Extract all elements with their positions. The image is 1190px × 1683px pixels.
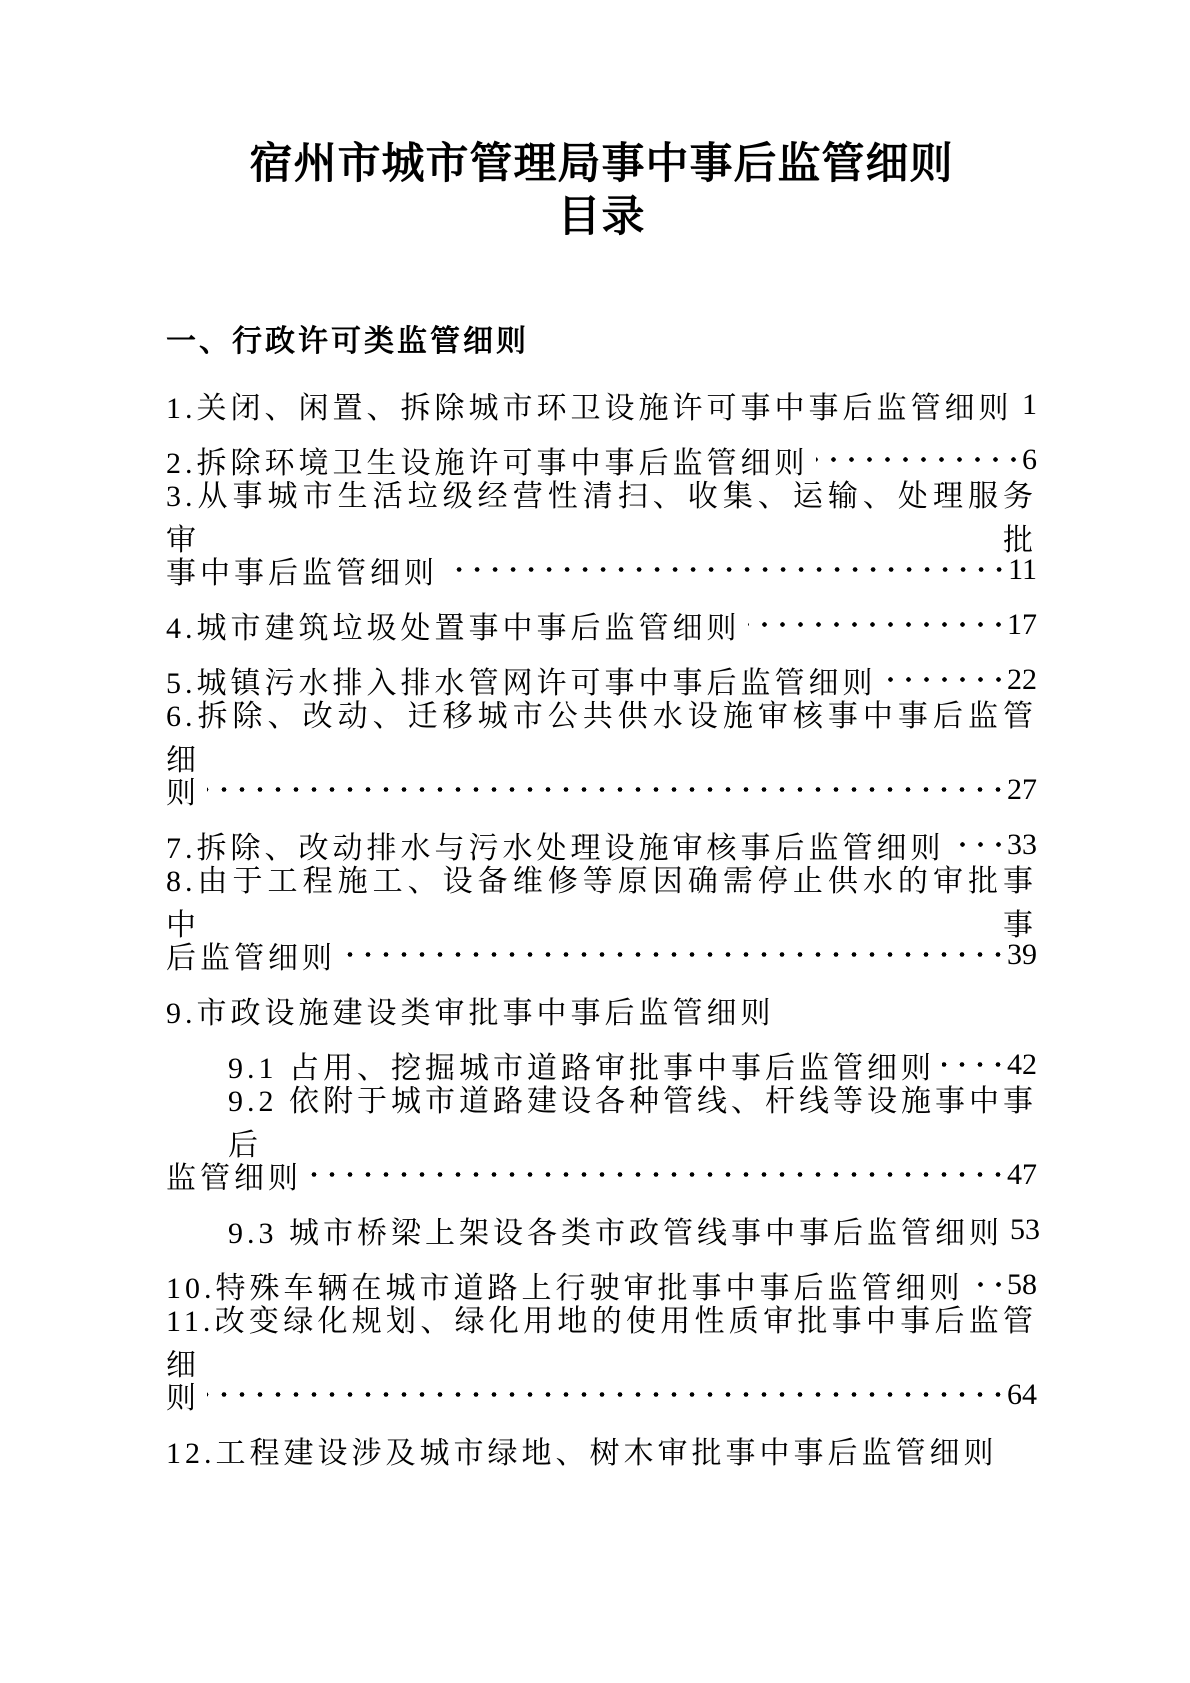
toc-line: 4.城市建筑垃圾处置事中事后监管细则 17 bbox=[166, 597, 1037, 652]
page-number: 64 bbox=[1007, 1378, 1037, 1412]
page-number: 17 bbox=[1007, 608, 1037, 642]
toc-entry-text: 9.市政设施建设类审批事中事后监管细则 bbox=[166, 988, 775, 1032]
page-number: 27 bbox=[1007, 773, 1037, 807]
toc-line: 1.关闭、闲置、拆除城市环卫设施许可事中事后监管细则 1 bbox=[166, 377, 1037, 432]
toc-line: 11.改变绿化规划、绿化用地的使用性质审批事中事后监管细 bbox=[166, 1312, 1037, 1367]
section-heading: 一、行政许可类监管细则 bbox=[166, 324, 1037, 360]
page-number: 1 bbox=[1022, 388, 1037, 422]
dot-leader bbox=[445, 542, 1008, 597]
toc-line: 9.市政设施建设类审批事中事后监管细则 bbox=[166, 982, 1037, 1037]
dot-leader bbox=[343, 927, 1007, 982]
dot-leader bbox=[207, 1367, 1007, 1422]
dot-leader bbox=[309, 1147, 1007, 1202]
toc-entry-text: 12.工程建设涉及城市绿地、树木审批事中事后监管细则 bbox=[166, 1428, 998, 1472]
toc-entry-text: 9.3 城市桥梁上架设各类市政管线事中事后监管细则 bbox=[228, 1208, 1003, 1252]
toc-line: 3.从事城市生活垃级经营性清扫、收集、运输、处理服务审批 bbox=[166, 487, 1037, 542]
toc-line: 事中事后监管细则 11 bbox=[166, 542, 1037, 597]
toc-line: 12.工程建设涉及城市绿地、树木审批事中事后监管细则 bbox=[166, 1422, 1037, 1477]
page-number: 39 bbox=[1007, 938, 1037, 972]
page-number: 53 bbox=[1010, 1213, 1040, 1247]
toc-entry-text: 事中事后监管细则 bbox=[166, 548, 438, 592]
toc-entry-text: 则 bbox=[166, 1373, 200, 1417]
table-of-contents: 1.关闭、闲置、拆除城市环卫设施许可事中事后监管细则 1 2.拆除环境卫生设施许… bbox=[166, 377, 1037, 1477]
document-title: 宿州市城市管理局事中事后监管细则 bbox=[166, 138, 1037, 192]
toc-entry-text: 1.关闭、闲置、拆除城市环卫设施许可事中事后监管细则 bbox=[166, 383, 1013, 427]
page-content: 宿州市城市管理局事中事后监管细则 目录 一、行政许可类监管细则 1.关闭、闲置、… bbox=[166, 0, 1037, 1477]
page-number: 11 bbox=[1008, 553, 1037, 587]
dot-leader bbox=[748, 597, 1008, 652]
page-number: 47 bbox=[1007, 1158, 1037, 1192]
toc-line: 9.3 城市桥梁上架设各类市政管线事中事后监管细则 53 bbox=[166, 1202, 1037, 1257]
toc-entry-text: 4.城市建筑垃圾处置事中事后监管细则 bbox=[166, 603, 741, 647]
toc-line: 监管细则 47 bbox=[166, 1147, 1037, 1202]
toc-line: 9.2 依附于城市道路建设各种管线、杆线等设施事中事后 bbox=[166, 1092, 1037, 1147]
toc-line: 则 27 bbox=[166, 762, 1037, 817]
toc-entry-text: 监管细则 bbox=[166, 1153, 302, 1197]
document-subtitle: 目录 bbox=[166, 192, 1037, 244]
toc-entry-text: 则 bbox=[166, 768, 200, 812]
toc-line: 则 64 bbox=[166, 1367, 1037, 1422]
toc-line: 6.拆除、改动、迁移城市公共供水设施审核事中事后监管细 bbox=[166, 707, 1037, 762]
document-page: 宿州市城市管理局事中事后监管细则 目录 一、行政许可类监管细则 1.关闭、闲置、… bbox=[0, 0, 1190, 1683]
toc-line: 后监管细则 39 bbox=[166, 927, 1037, 982]
dot-leader bbox=[207, 762, 1007, 817]
toc-line: 8.由于工程施工、设备维修等原因确需停止供水的审批事中事 bbox=[166, 872, 1037, 927]
toc-entry-text: 后监管细则 bbox=[166, 933, 336, 977]
